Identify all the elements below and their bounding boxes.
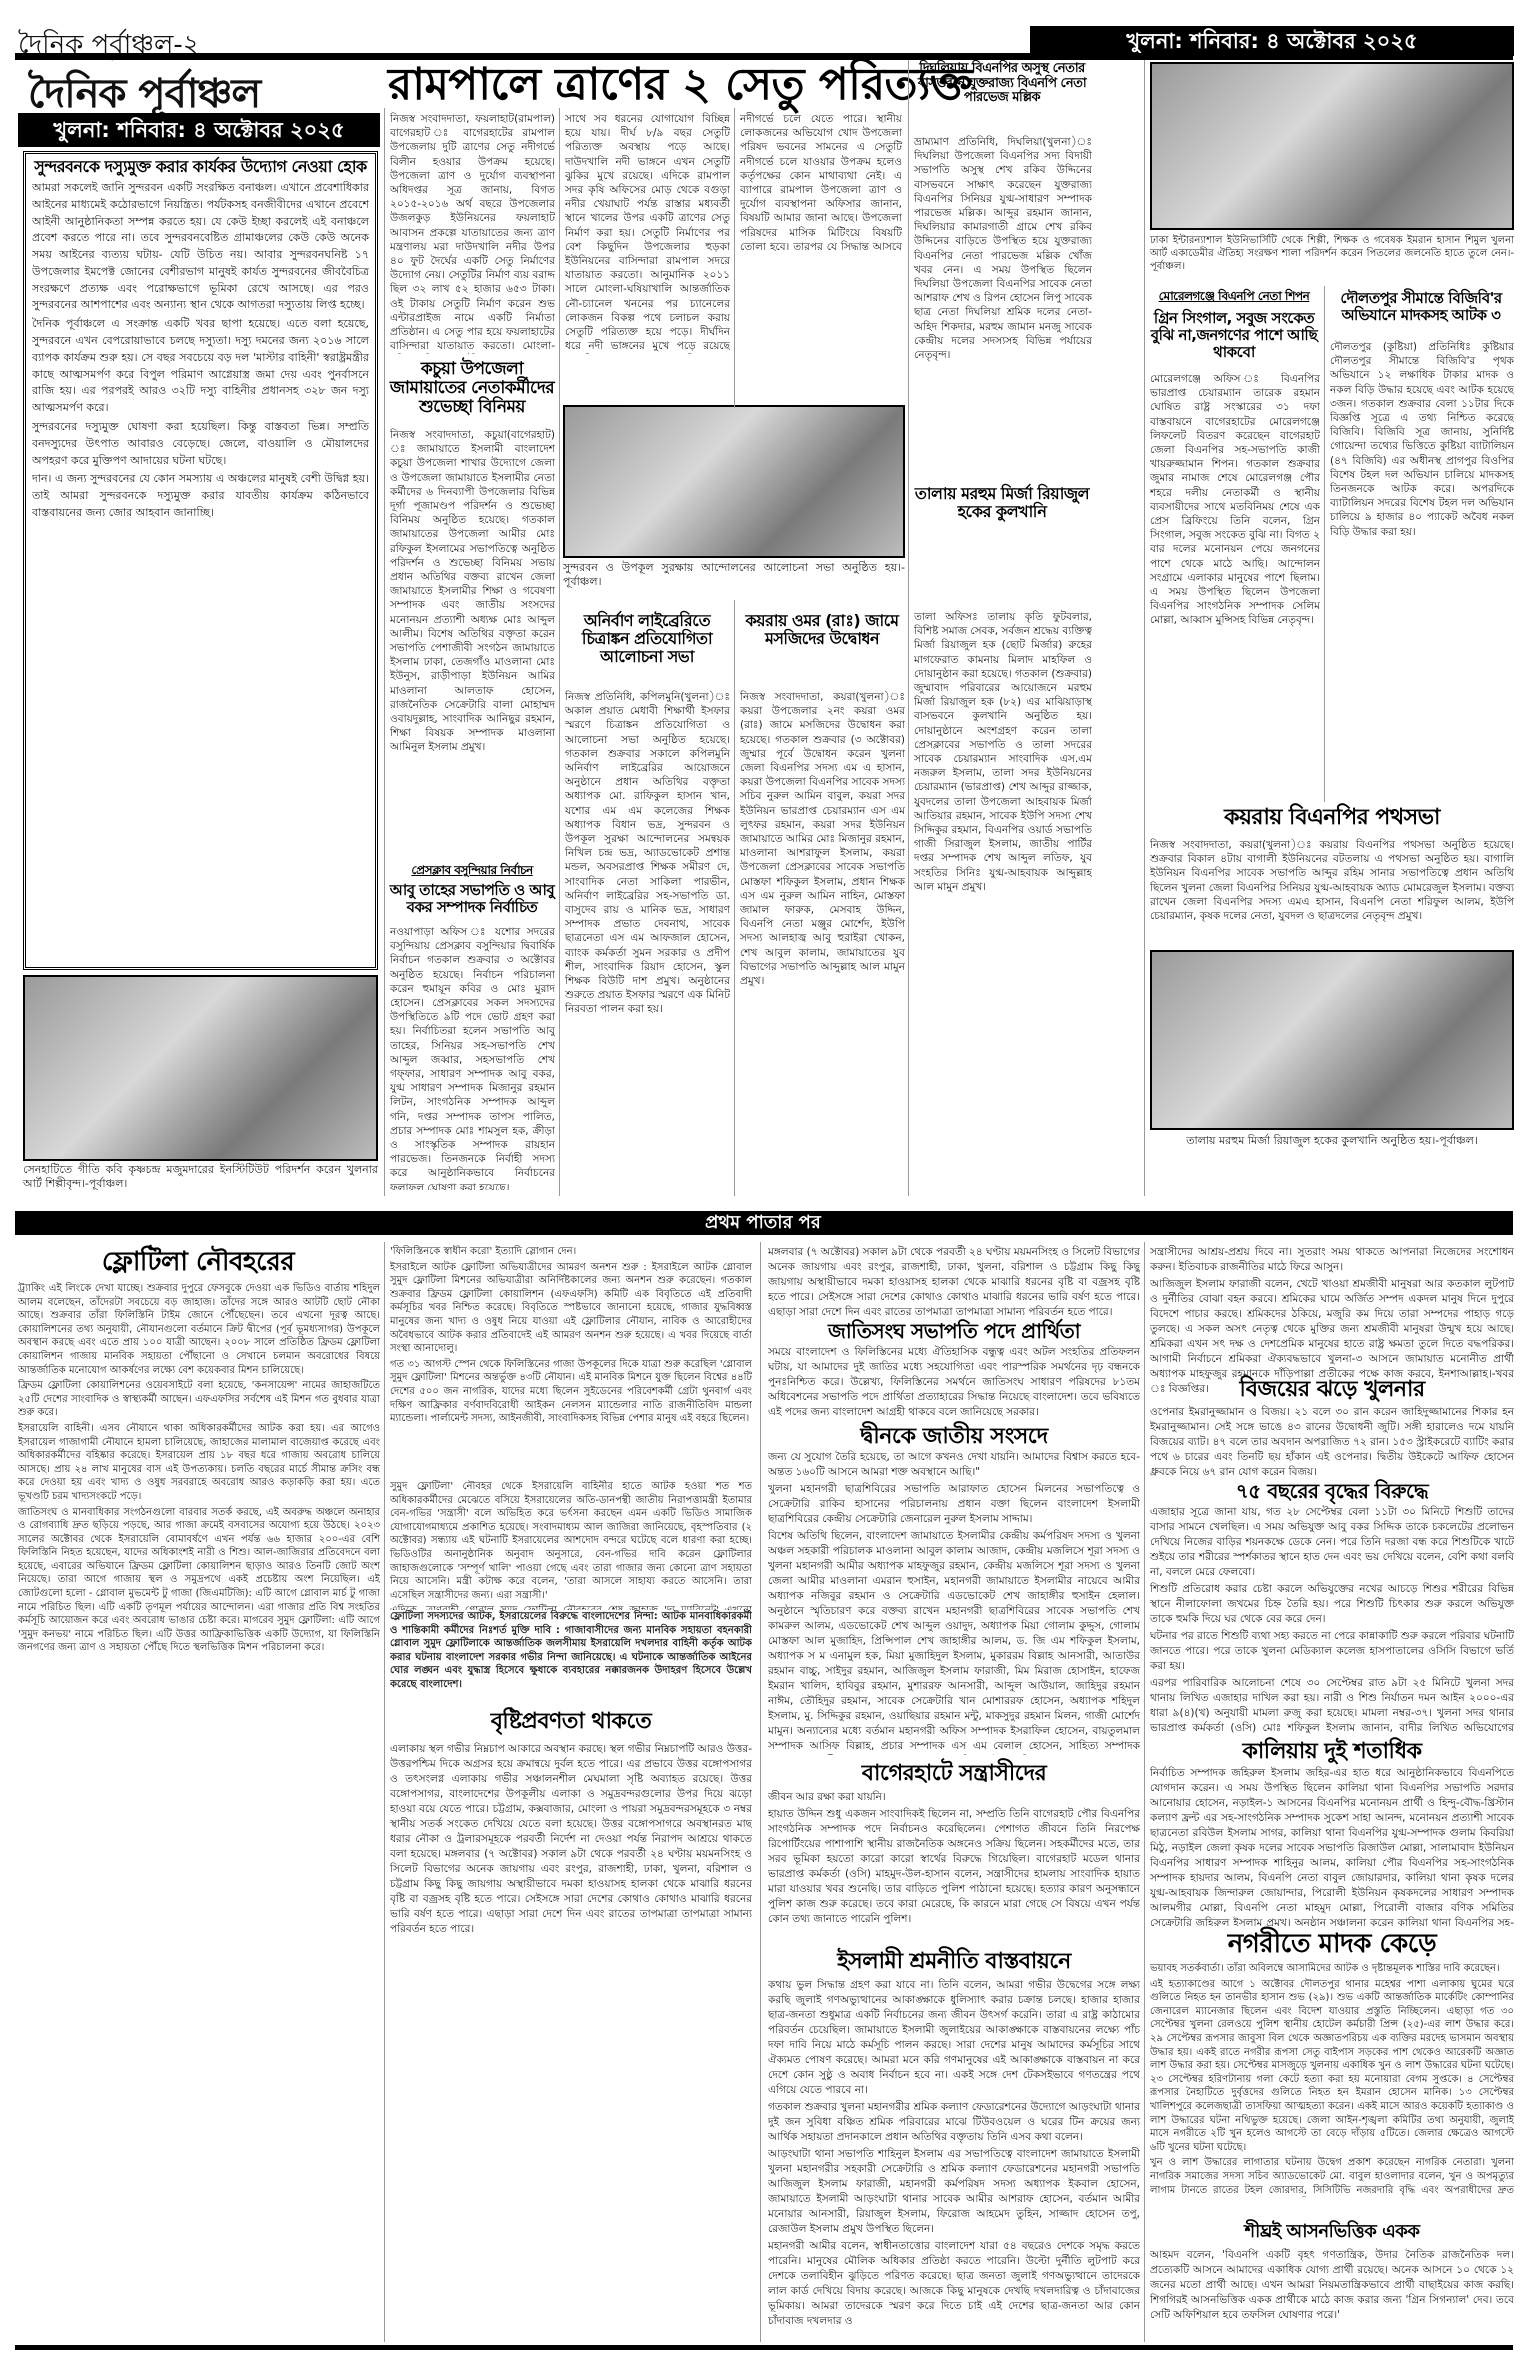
editorial-paragraph: সুন্দরবনের দস্যুমুক্ত ঘোষণা করা হয়েছিল।… [32, 419, 369, 469]
editorial-box: সুন্দরবনকে দস্যুমুক্ত করার কার্যকর উদ্যো… [23, 151, 378, 970]
dateline-top-right: খুলনা: শনিবার: ৪ অক্টোবর ২০২৫ [1030, 26, 1514, 56]
flotilla-paragraph: 'ফিলিস্তিনকে স্বাধীন করো' ইত্যাদি স্লোগা… [390, 1245, 752, 1259]
koyra-bnp-body: নিজস্ব সংবাদদাতা, কয়রা(খুলনা)ঃ কয়রায় … [1150, 838, 1514, 946]
cricket-headline: বিজয়ের ঝড়ে খুলনার [1150, 1378, 1514, 1403]
deen-body: জন্য যে সুযোগ তৈরি হয়েছে, তা আগে কখনও দ… [768, 1450, 1140, 1755]
lead-story-col3: নদীগর্ভে চলে যেতে পারে। স্থানীয় লোকজনের… [740, 112, 902, 252]
continuation-label: প্রথম পাতার পর [705, 1211, 821, 1235]
islamic-labor-paragraph: গতকাল শুক্রবার খুলনা মহানগরীর শ্রমিক কল্… [768, 2100, 1140, 2145]
seat-body: আহমদ বলেন, 'বিএনপি একটি বৃহৎ গণতান্ত্রিক… [1150, 2248, 1514, 2333]
drug-body: ভয়াবহ সতর্কবার্তা। তাঁরা অবিলম্বে আসামি… [1150, 1962, 1514, 2197]
islamic-labor-body: কথায় ভুল সিদ্ধান্ত গ্রহণ করা যাবে না। ত… [768, 1978, 1140, 2333]
tala-body: তালা অফিসঃ তালায় কৃতি ফুটবলার, বিশিষ্ট … [914, 610, 1092, 1190]
kulkhani-caption: তালায় মরহুম মির্জা রিয়াজুল হকের কুলখান… [1150, 1134, 1514, 1148]
lead-story-col2: সাথে সব ধরনের যোগাযোগ বিচ্ছিন্ন হয়ে যায… [565, 112, 730, 354]
editorial-paragraph: দান। এ জন্য সুন্দরবনের যে কোন সমস্যায় এ… [32, 471, 369, 521]
art-academy-photo [1150, 62, 1514, 230]
dighalia-headline: দিঘলিয়ায় বিএনপির অসুস্থ নেতার বাসভবনে … [912, 62, 1092, 106]
bagerhat-paragraph: জীবন আর রক্ষা করা যায়নি। [768, 1790, 1140, 1805]
flotilla-col1: ট্র্যাকিং এই লিংকে দেখা যাচ্ছে। শুক্রবার… [18, 1282, 380, 2350]
seminar-photo [563, 405, 905, 558]
flotilla-col2-c: ফ্লোটিলা সদস্যদের আটক, ইসরায়েলের বিরুদ্… [390, 1610, 752, 1700]
press-club-headline: আবু তাহের সভাপতি ও আবু বকর সম্পাদক নির্ব… [388, 882, 556, 916]
islamic-labor-headline: ইসলামী শ্রমনীতি বাস্তবায়নে [768, 1950, 1140, 1975]
drug-paragraph: ভয়াবহ সতর্কবার্তা। তাঁরা অবিলম্বে আসামি… [1150, 1962, 1514, 1976]
morrelganj-headline: গ্রিন সিংগাল, সবুজ সংকেত বুঝি না,জনগণের … [1148, 310, 1320, 360]
kalia-headline: কালিয়ায় দুই শতাধিক [1150, 1740, 1514, 1765]
drug-paragraph: এই হত্যাকাণ্ডের আগে ১ অক্টোবর দৌলতপুর থা… [1150, 1978, 1514, 2155]
un-body: সময়ে বাংলাদেশ ও ফিলিস্তিনের মধ্যে ঐতিহা… [768, 1345, 1140, 1435]
morrelganj-body: মোরেলগঞ্জে অফিস ঃ বিএনপির ভারপ্রাপ্ত চেয… [1150, 372, 1320, 802]
editorial-photo [23, 975, 378, 1161]
flotilla-paragraph: জাতিসংঘ ও মানবাধিকার সংগঠনগুলো বারবার সত… [18, 1506, 380, 1656]
tala-headline: তালায় মরহুম মির্জা রিয়াজুল হকের কুলখান… [912, 485, 1092, 521]
mosque-body: নিজস্ব সংবাদদাতা, কয়রা(খুলনা)ঃ কয়রা উপ… [740, 690, 905, 1190]
library-body: নিজস্ব প্রতিনিধি, কপিলমুনি(খুলনা)ঃ অকাল … [565, 690, 730, 1190]
continuation-bar: প্রথম পাতার পর [15, 1211, 1513, 1235]
press-club-kicker: প্রেসক্লাব বসুন্দিয়ার নির্বাচন [388, 864, 556, 877]
rain-body: এলাকায় স্থল গভীর নিম্নচাপ আকারে অবস্থান… [390, 1742, 752, 2350]
editorial-body: আমরা সকলেই জানি সুন্দরবন একটি সংরক্ষিত ব… [32, 180, 369, 960]
koyra-bnp-headline: কয়রায় বিএনপির পথসভা [1150, 806, 1514, 831]
elder-headline: ৭৫ বছরের বৃদ্ধের বিরুদ্ধে [1150, 1480, 1514, 1502]
flotilla-paragraph: গত ৩১ আগস্ট স্পেন থেকে ফিলিস্তিনের গাজা … [390, 1358, 752, 1426]
mosque-headline: কয়রায় ওমর (রাঃ) জামে মসজিদের উদ্বোধন [738, 612, 906, 648]
flotilla-headline: ফ্লোটিলা নৌবহরের [18, 1248, 378, 1277]
elder-paragraph: এজাহার সূত্রে জানা যায়, গত ২৮ সেপ্টেম্ব… [1150, 1505, 1514, 1580]
deen-paragraph: বিশেষ অতিথি ছিলেন, বাংলাদেশ জামায়াতে ইস… [768, 1529, 1140, 1755]
lead-story-col1: নিজস্ব সংবাদদাতা, ফয়লাহাট(রামপাল) বাগের… [390, 112, 555, 354]
lead-headline: রামপালে ত্রাণের ২ সেতু পরিত্যক্ত [388, 60, 910, 109]
rain-headline: বৃষ্টিপ্রবণতা থাকতে [390, 1710, 752, 1735]
flotilla-paragraph: সুমুদ ফ্লোটিলা' নৌবহর থেকে ইসরায়েলি বাহ… [390, 1480, 752, 1602]
labor-cont-paragraph: সন্ত্রাসীদের আশ্রয়-প্রশ্রয় দিবে না। সু… [1150, 1245, 1514, 1275]
elder-paragraph: ঘটনার পর রাতে শিশুটি ব্যথা সহ্য করতে না … [1150, 1629, 1514, 1674]
flotilla-paragraph: ফ্রিডম ফ্লোটিলা কোয়ালিশনের ওয়েবসাইটে ব… [18, 1379, 380, 1420]
editorial-paragraph: দৈনিক পূর্বাঞ্চলে এ সংক্রান্ত একটি খবর ছ… [32, 316, 369, 417]
editorial-headline: সুন্দরবনকে দস্যুমুক্ত করার কার্যকর উদ্যো… [32, 158, 369, 176]
kachua-body: নিজস্ব সংবাদদাতা, কচুয়া(বাগেরহাট) ঃ জাম… [390, 428, 555, 860]
footer-rule [15, 2345, 1513, 2350]
seminar-photo-caption: সুন্দরবন ও উপকূল সুরক্ষায় আন্দোলনের আলো… [563, 561, 905, 589]
drug-paragraph: খুন ও লাশ উদ্ধারের লাগাতার ঘটনায় উদ্বেগ… [1150, 2156, 1514, 2197]
deen-headline: দ্বীনকে জাতীয় সংসদে [768, 1425, 1140, 1450]
cricket-body: ওপেনার ইমরানুজ্জামান ও বিজয়। ২১ বলে ৩০ … [1150, 1405, 1514, 1483]
flotilla-col2-b: সুমুদ ফ্লোটিলা' নৌবহর থেকে ইসরায়েলি বাহ… [390, 1480, 752, 1610]
art-academy-caption: ঢাকা ইন্টারন্যাশাল ইউনিভার্সিটি থেকে শিল… [1150, 234, 1514, 273]
editorial-paragraph: আমরা সকলেই জানি সুন্দরবন একটি সংরক্ষিত ব… [32, 180, 369, 314]
bagerhat-headline: বাগেরহাটে সন্ত্রাসীদের [768, 1762, 1140, 1787]
seat-headline: শীঘ্রই আসনভিত্তিক একক [1150, 2222, 1514, 2242]
bagerhat-body: জীবন আর রক্ষা করা যায়নি। হায়াত উদ্দিন … [768, 1790, 1140, 1940]
morrelganj-kicker: মোরেলগঞ্জে বিএনপি নেতা শিপন [1148, 290, 1320, 303]
flotilla-paragraph: ট্র্যাকিং এই লিংকে দেখা যাচ্ছে। শুক্রবার… [18, 1282, 380, 1377]
un-headline: জাতিসংঘ সভাপতি পদে প্রার্থিতা [768, 1320, 1140, 1342]
dateline: খুলনা: শনিবার: ৪ অক্টোবর ২০২৫ [18, 113, 380, 147]
daulatpur-headline: দৌলতপুর সীমান্তে বিজিবি'র অভিযানে মাদকসহ… [1328, 290, 1514, 324]
deen-paragraph: জন্য যে সুযোগ তৈরি হয়েছে, তা আগে কখনও দ… [768, 1450, 1140, 1480]
islamic-labor-paragraph: কথায় ভুল সিদ্ধান্ত গ্রহণ করা যাবে না। ত… [768, 1978, 1140, 2098]
elder-paragraph: শিশুটি প্রতিরোধ করার চেষ্টা করলে অভিযুক্… [1150, 1582, 1514, 1627]
rain-cont-text: মঙ্গলবার (৭ অক্টোবর) সকাল ৯টা থেকে পরবর্… [768, 1245, 1140, 1320]
kachua-headline: কচুয়া উপজেলা জামায়াতের নেতাকর্মীদের শু… [388, 360, 556, 417]
editorial-photo-caption: সেনহাটিতে গীতি কবি কৃষ্ণচন্দ্র মজুমদারের… [23, 1163, 378, 1191]
daulatpur-body: দৌলতপুর (কুষ্টিয়া) প্রতিনিধিঃ কুষ্টিয়া… [1330, 340, 1514, 802]
flotilla-col2: 'ফিলিস্তিনকে স্বাধীন করো' ইত্যাদি স্লোগা… [390, 1245, 752, 1480]
library-headline: অনির্বাণ লাইব্রেরিতে চিত্রাঙ্কন প্রতিযোগ… [563, 612, 731, 666]
kulkhani-photo [1150, 950, 1514, 1130]
islamic-labor-paragraph: আড়ংঘাটা থানা সভাপতি শাহিনুল ইসলাম এর সভ… [768, 2147, 1140, 2237]
flotilla-paragraph: ফ্লোটিলা সদস্যদের আটক, ইসরায়েলের বিরুদ্… [390, 1610, 752, 1692]
kalia-body: নির্বাচিত সম্পাদক জহিরুল ইসলাম জহির-এর হ… [1150, 1766, 1514, 1926]
dighalia-body: ভ্রাম্যমাণ প্রতিনিধি, দিঘলিয়া(খুলনা)ঃ দ… [914, 135, 1092, 475]
islamic-labor-paragraph: মহানগরী আমীর বলেন, স্বাধীনতাত্তোর বাংলাদ… [768, 2239, 1140, 2329]
drug-headline: নগরীতে মাদক কেড়ে [1150, 1930, 1514, 1959]
deen-paragraph: খুলনা মহানগরী ছাত্রশিবিরের সভাপতি আরাফাত… [768, 1482, 1140, 1527]
flotilla-paragraph: ইসরাইলে আটক ফ্লোটিলা অভিযাত্রীদের আমরণ অ… [390, 1261, 752, 1356]
bagerhat-paragraph: হায়াত উদ্দিন শুধু একজন সাংবাদিকই ছিলেন … [768, 1807, 1140, 1927]
press-club-body: নওয়াপাড়া অফিস ঃ যশোর সদরের বসুন্দিয়ায… [390, 925, 555, 1190]
elder-paragraph: এরপর পারিবারিক আলোচনা শেষে ৩০ সেপ্টেম্বর… [1150, 1676, 1514, 1735]
elder-body: এজাহার সূত্রে জানা যায়, গত ২৮ সেপ্টেম্ব… [1150, 1505, 1514, 1735]
flotilla-paragraph: ইসরায়েলি বাহিনী। এসব নৌযানে থাকা অধিকার… [18, 1422, 380, 1504]
